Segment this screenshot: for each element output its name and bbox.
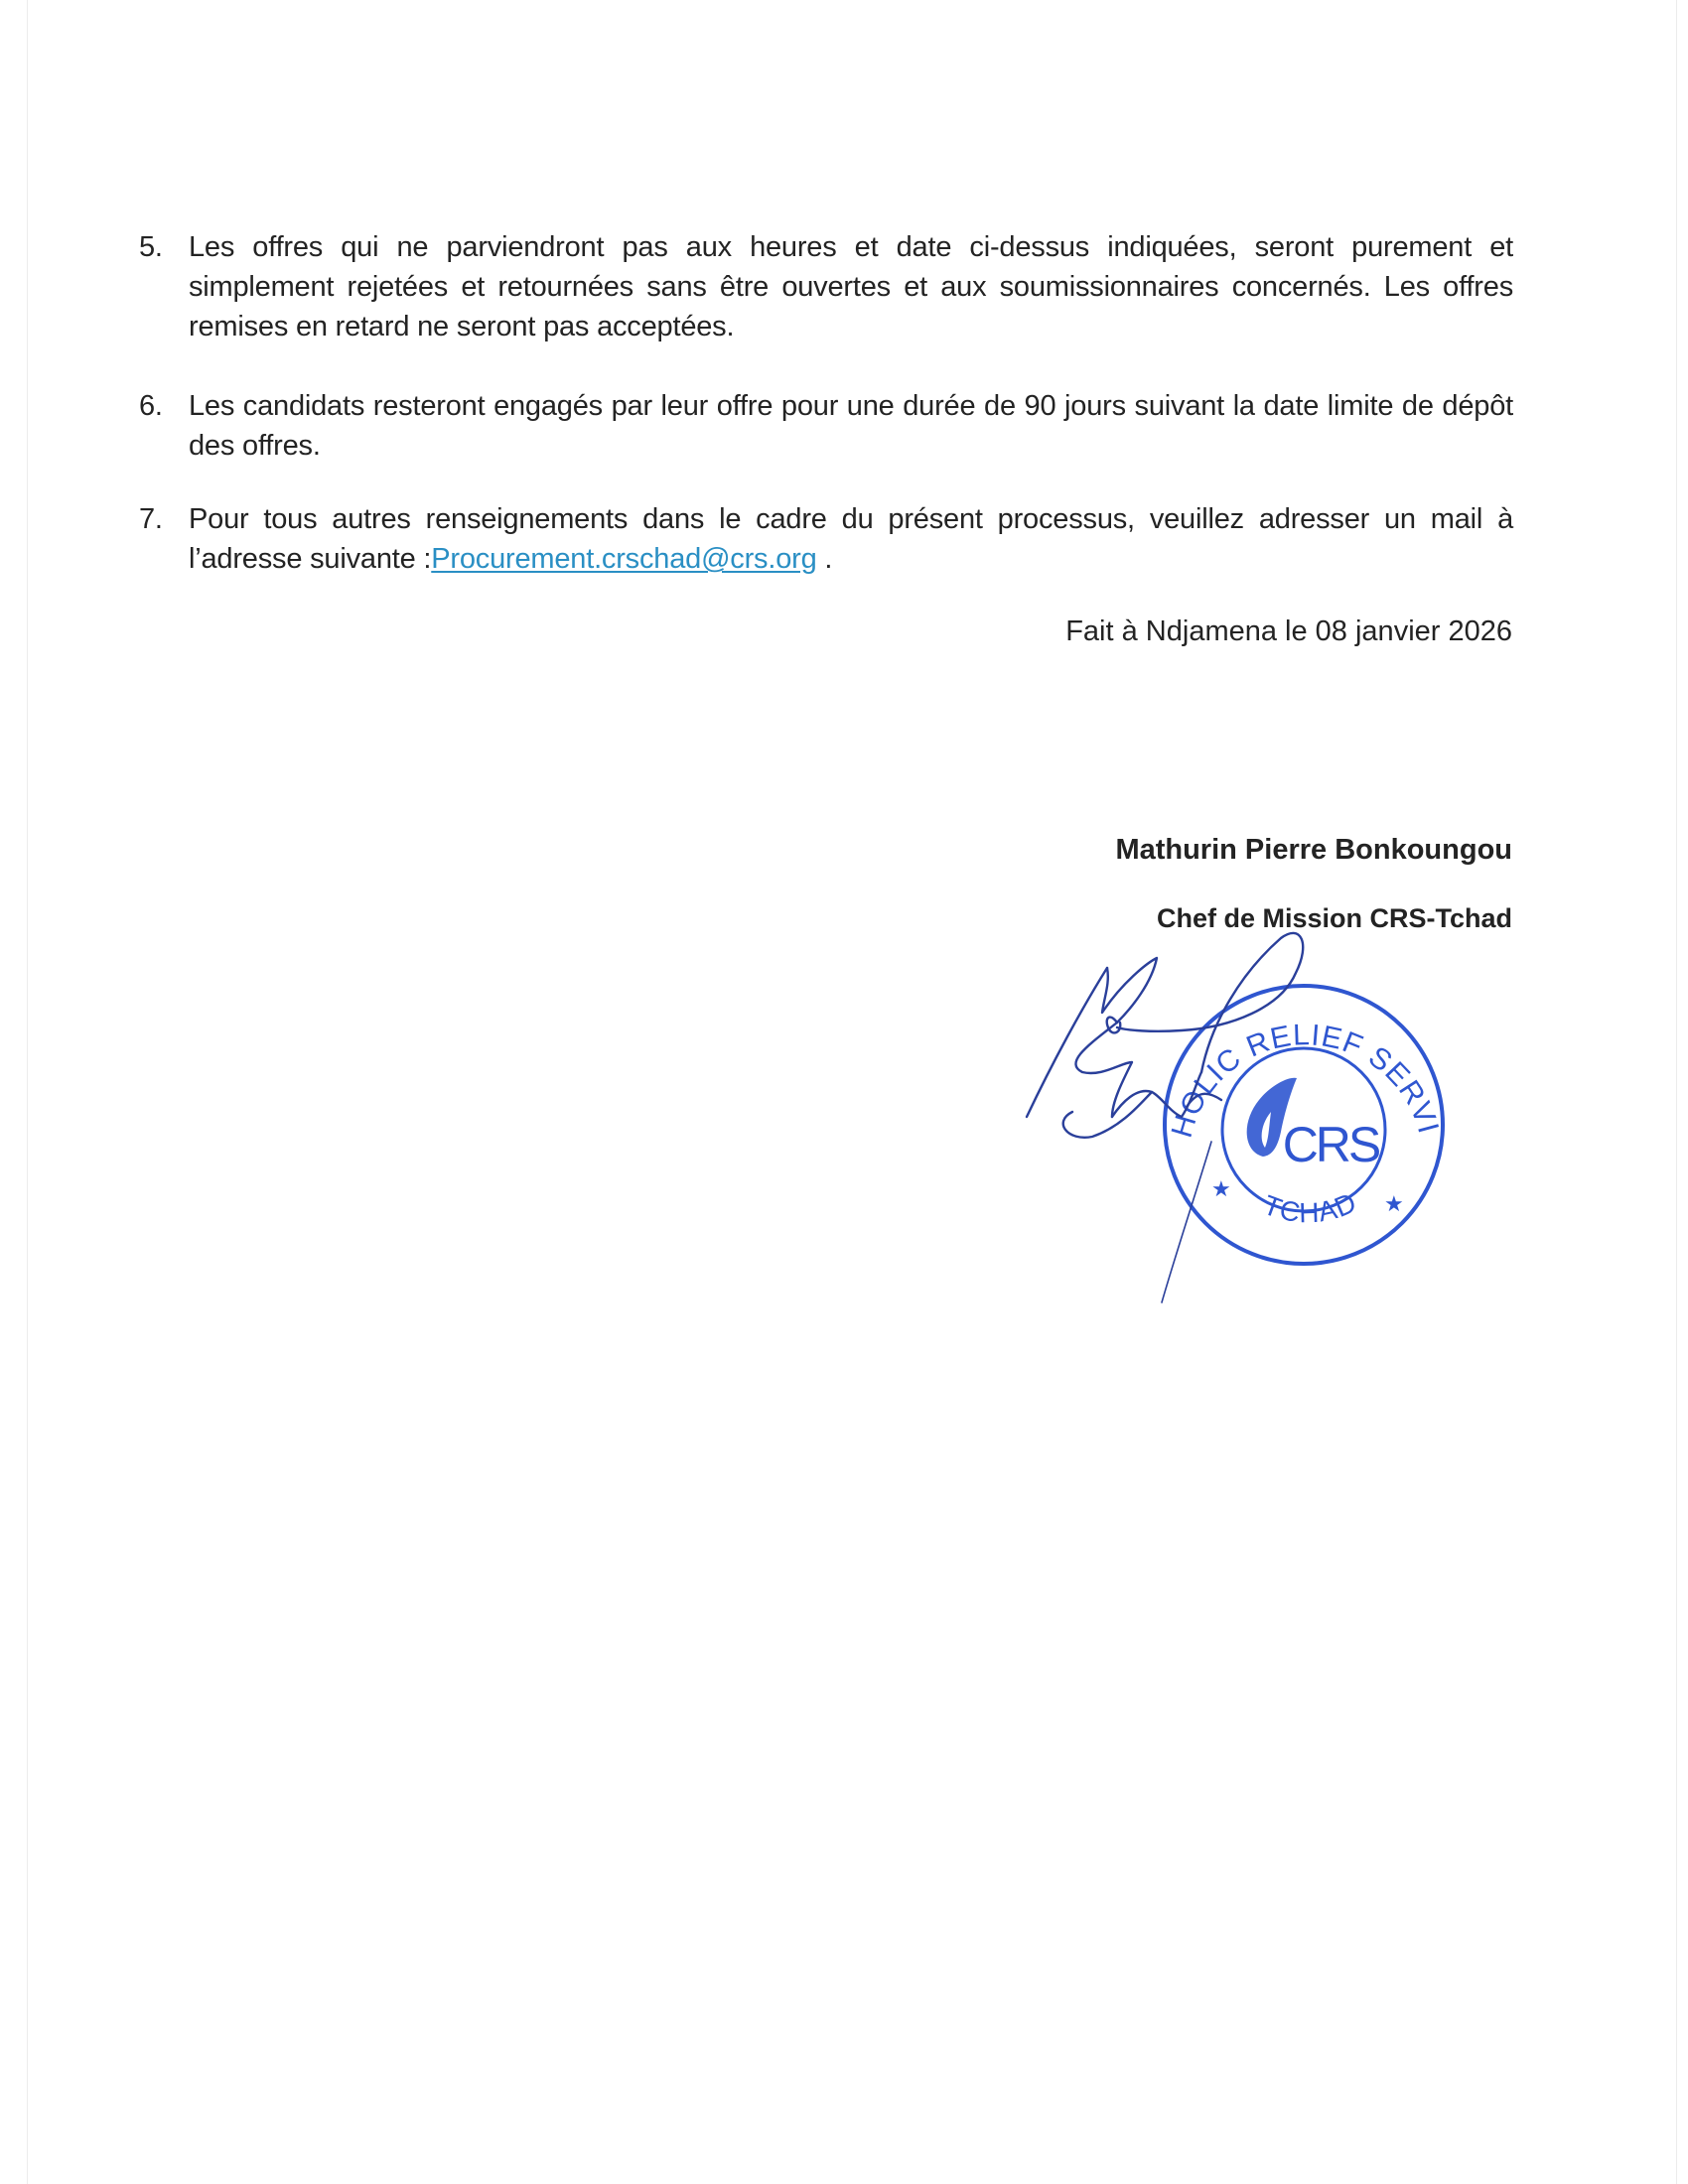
list-item-5: 5. Les offres qui ne parviendront pas au…: [139, 227, 1513, 346]
item-number: 5.: [139, 227, 189, 267]
item-text: Pour tous autres renseignements dans le …: [189, 499, 1513, 579]
signer-name: Mathurin Pierre Bonkoungou: [1115, 830, 1512, 870]
place-and-date: Fait à Ndjamena le 08 janvier 2026: [1065, 612, 1512, 651]
item-number: 7.: [139, 499, 189, 539]
document-page: 5. Les offres qui ne parviendront pas au…: [0, 0, 1688, 2184]
list-item-7: 7. Pour tous autres renseignements dans …: [139, 499, 1513, 579]
item-text-before-link: Pour tous autres renseignements dans le …: [189, 503, 1513, 575]
email-link[interactable]: Procurement.crschad@crs.org: [431, 543, 816, 575]
item-text-after-link: .: [817, 543, 833, 575]
item-text: Les offres qui ne parviendront pas aux h…: [189, 227, 1513, 346]
scan-edge-right: [1676, 0, 1677, 2184]
star-icon: ★: [1384, 1192, 1404, 1217]
scan-edge-left: [27, 0, 28, 2184]
list-item-6: 6. Les candidats resteront engagés par l…: [139, 386, 1513, 466]
item-text: Les candidats resteront engagés par leur…: [189, 386, 1513, 466]
item-number: 6.: [139, 386, 189, 426]
handwritten-signature: [1013, 913, 1331, 1310]
